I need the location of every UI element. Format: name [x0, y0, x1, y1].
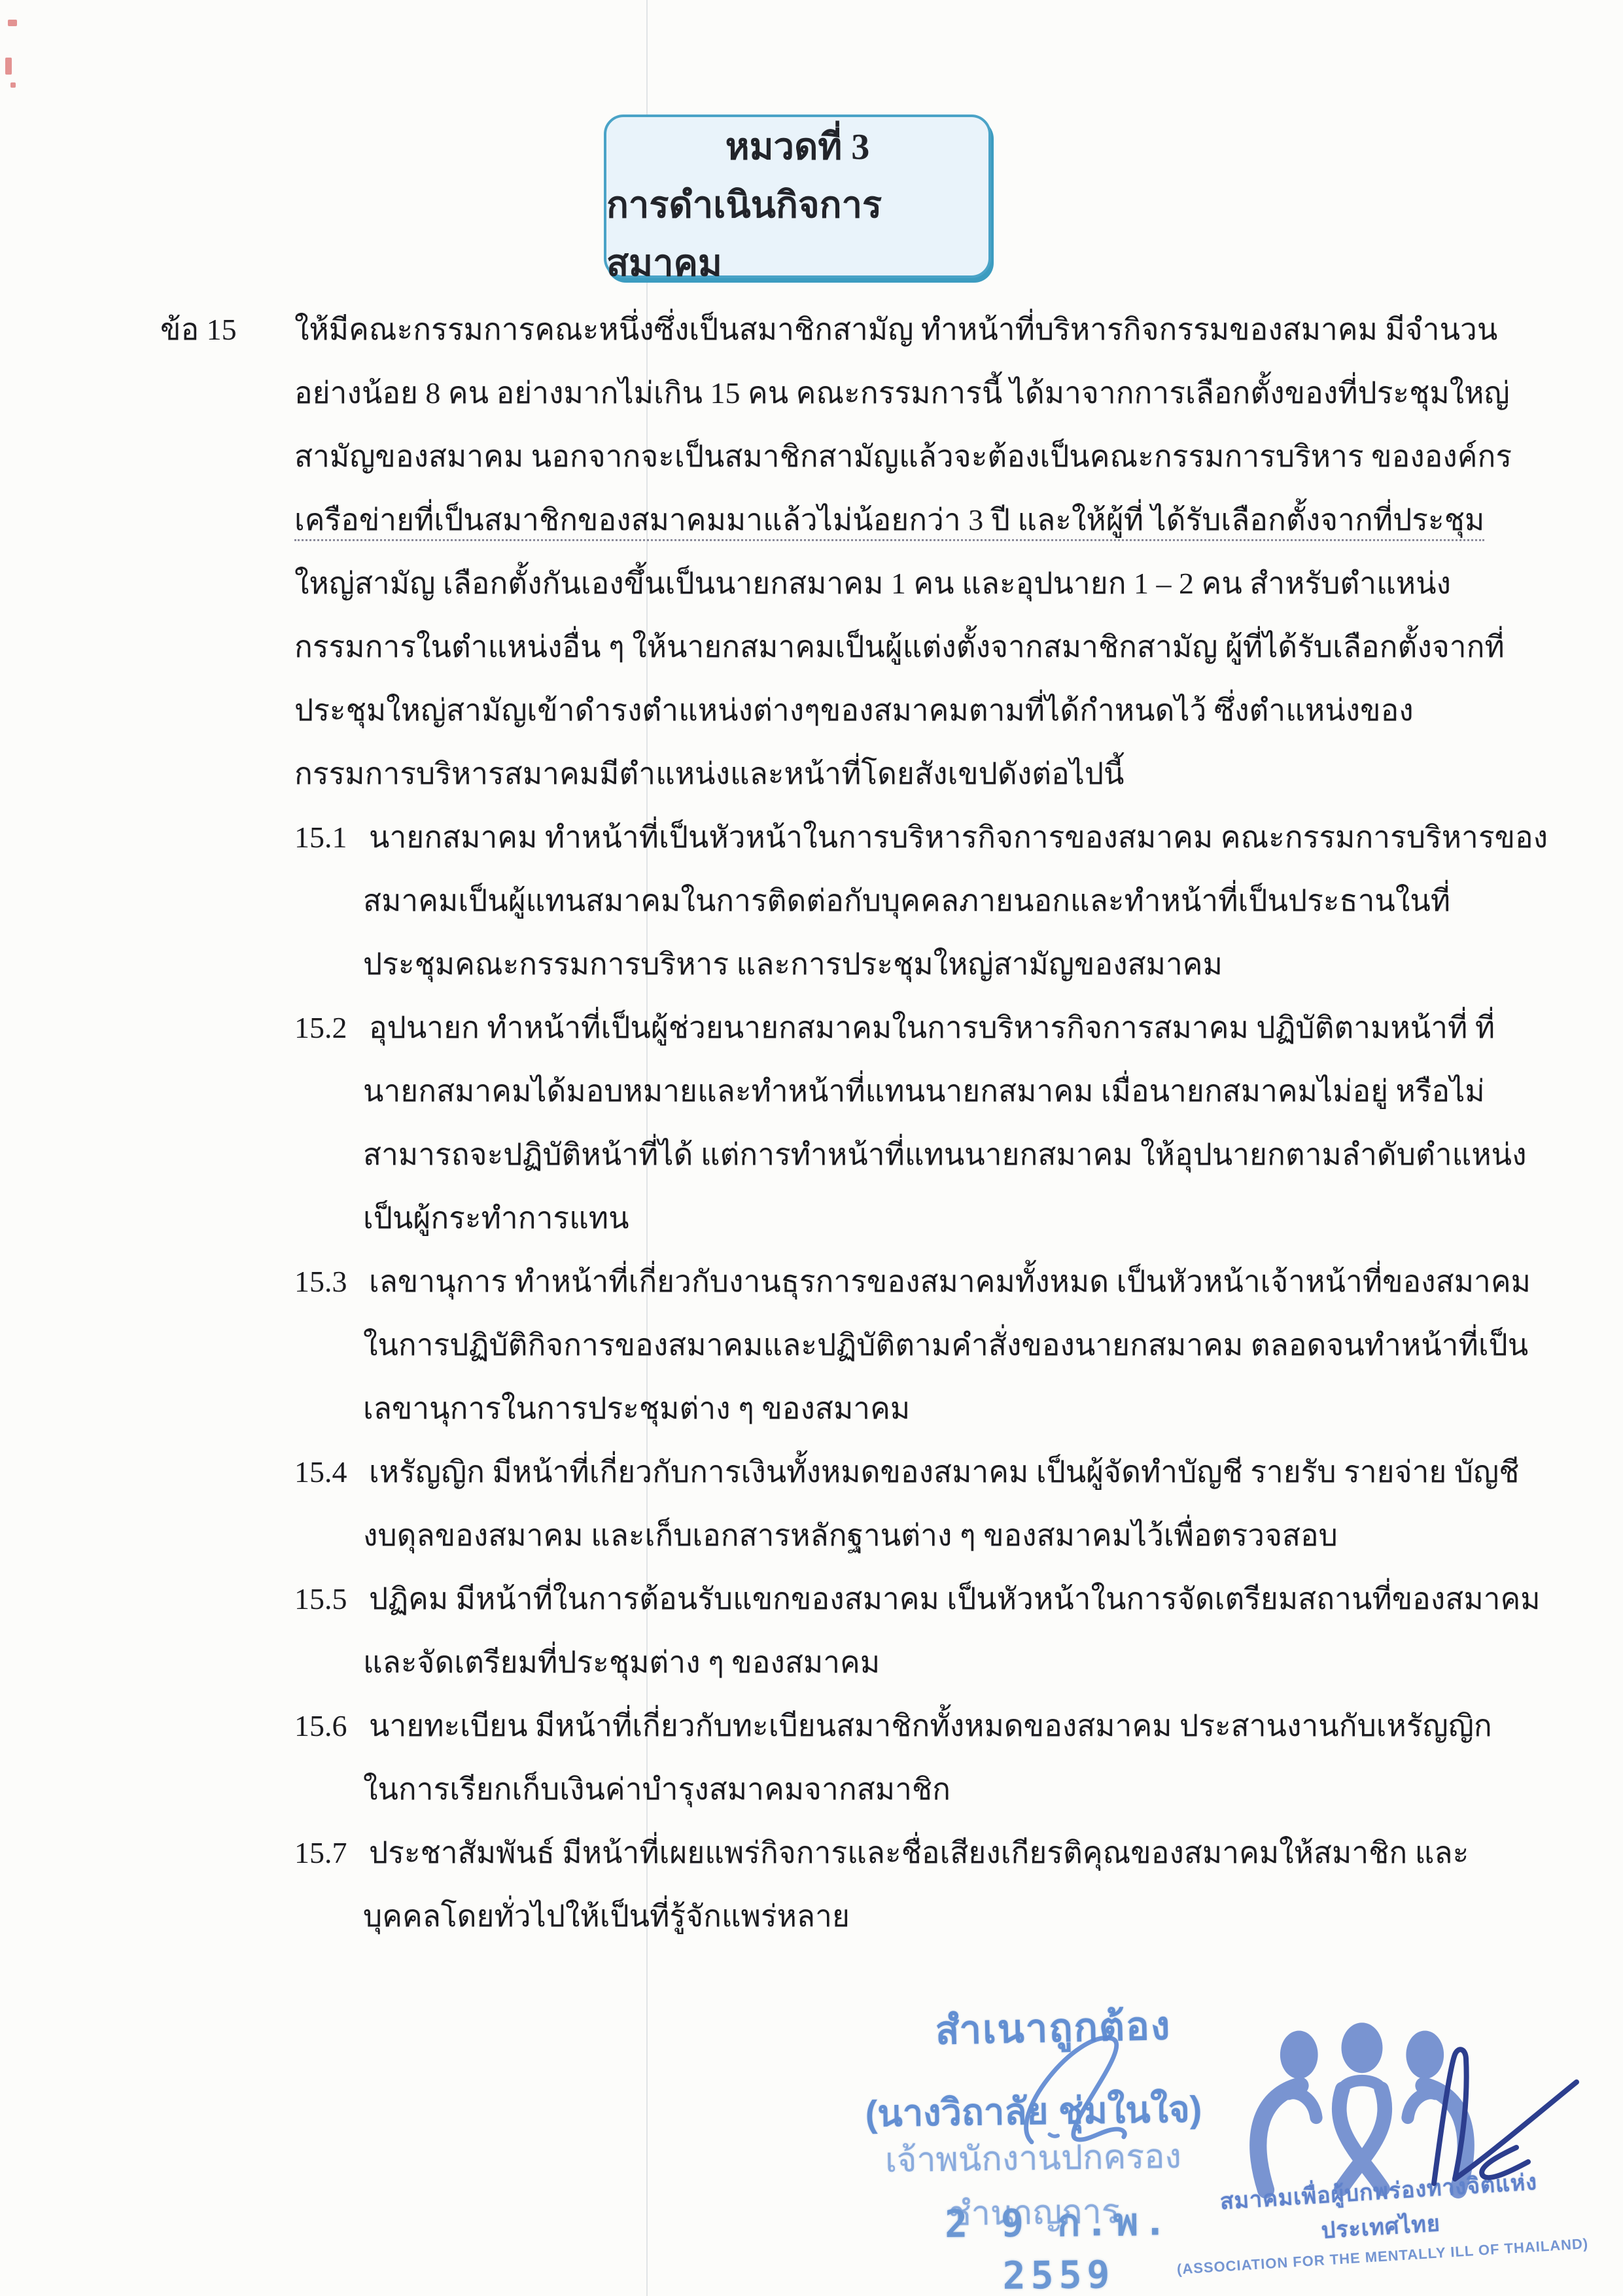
scanned-document-page: หมวดที่ 3 การดำเนินกิจการสมาคม ข้อ 15 ให… [0, 0, 1623, 2296]
text-line-underlined: เครือข่ายที่เป็นสมาชิกของสมาคมมาแล้วไม่น… [0, 488, 1623, 552]
subclause-15-2: 15.2 อุปนายก ทำหน้าที่เป็นผู้ช่วยนายกสมา… [0, 996, 1623, 1059]
text-line: อย่างน้อย 8 คน อย่างมากไม่เกิน 15 คน คณะ… [0, 361, 1623, 425]
text-line: สมาคมเป็นผู้แทนสมาคมในการติดต่อกับบุคคลภ… [0, 869, 1623, 932]
text-line: เลขานุการ ทำหน้าที่เกี่ยวกับงานธุรการของ… [369, 1265, 1531, 1298]
text-line: ในการปฏิบัติกิจการของสมาคมและปฏิบัติตามค… [0, 1313, 1623, 1377]
clause-15-line: ข้อ 15 ให้มีคณะกรรมการคณะหนึ่งซึ่งเป็นสม… [0, 298, 1623, 361]
text-line: กรรมการในตำแหน่งอื่น ๆ ให้นายกสมาคมเป็นผ… [0, 615, 1623, 679]
subclause-number: 15.4 [294, 1440, 347, 1504]
chapter-title: การดำเนินกิจการสมาคม [606, 175, 988, 292]
text-line: ประชุมคณะกรรมการบริหาร และการประชุมใหญ่ส… [0, 932, 1623, 996]
text-line: กรรมการบริหารสมาคมมีตำแหน่งและหน้าที่โดย… [0, 742, 1623, 805]
text-line: งบดุลของสมาคม และเก็บเอกสารหลักฐานต่าง ๆ… [0, 1504, 1623, 1567]
subclause-15-1: 15.1 นายกสมาคม ทำหน้าที่เป็นหัวหน้าในการ… [0, 805, 1623, 869]
chapter-header-box: หมวดที่ 3 การดำเนินกิจการสมาคม [604, 115, 991, 278]
text-line: สามัญของสมาคม นอกจากจะเป็นสมาชิกสามัญแล้… [0, 425, 1623, 488]
text-line: ประชาสัมพันธ์ มีหน้าที่เผยแพร่กิจการและช… [369, 1836, 1469, 1869]
scan-edge-artifact [8, 20, 17, 26]
subclause-number: 15.3 [294, 1250, 347, 1313]
text-line: ในการเรียกเก็บเงินค่าบำรุงสมาคมจากสมาชิก [0, 1757, 1623, 1821]
handwritten-signature [1412, 2036, 1608, 2193]
text-line: สามารถจะปฏิบัติหน้าที่ได้ แต่การทำหน้าที… [0, 1123, 1623, 1186]
text-line: เลขานุการในการประชุมต่าง ๆ ของสมาคม [0, 1377, 1623, 1440]
document-body: ข้อ 15 ให้มีคณะกรรมการคณะหนึ่งซึ่งเป็นสม… [0, 298, 1623, 1948]
subclause-number: 15.6 [294, 1694, 347, 1757]
text-line: ให้มีคณะกรรมการคณะหนึ่งซึ่งเป็นสมาชิกสาม… [294, 313, 1497, 346]
subclause-number: 15.5 [294, 1567, 347, 1631]
subclause-15-3: 15.3 เลขานุการ ทำหน้าที่เกี่ยวกับงานธุรก… [0, 1250, 1623, 1313]
text-line: ปฏิคม มีหน้าที่ในการต้อนรับแขกของสมาคม เ… [369, 1582, 1541, 1616]
chapter-number: หมวดที่ 3 [725, 117, 870, 175]
text-line: บุคคลโดยทั่วไปให้เป็นที่รู้จักแพร่หลาย [0, 1884, 1623, 1948]
text-line: เหรัญญิก มีหน้าที่เกี่ยวกับการเงินทั้งหม… [369, 1455, 1519, 1489]
text-line: อุปนายก ทำหน้าที่เป็นผู้ช่วยนายกสมาคมในก… [369, 1011, 1495, 1044]
text-line: ประชุมใหญ่สามัญเข้าดำรงตำแหน่งต่างๆของสม… [0, 679, 1623, 742]
text-line: นายกสมาคมได้มอบหมายและทำหน้าที่แทนนายกสม… [0, 1059, 1623, 1123]
text-line: นายทะเบียน มีหน้าที่เกี่ยวกับทะเบียนสมาช… [369, 1709, 1492, 1742]
scan-edge-artifact [10, 82, 16, 88]
subclause-15-4: 15.4 เหรัญญิก มีหน้าที่เกี่ยวกับการเงินท… [0, 1440, 1623, 1504]
text-line: เป็นผู้กระทำการแทน [0, 1186, 1623, 1250]
text-line: และจัดเตรียมที่ประชุมต่าง ๆ ของสมาคม [0, 1631, 1623, 1694]
scan-edge-artifact [5, 58, 12, 75]
subclause-15-7: 15.7 ประชาสัมพันธ์ มีหน้าที่เผยแพร่กิจกา… [0, 1821, 1623, 1884]
subclause-number: 15.2 [294, 996, 347, 1059]
subclause-number: 15.1 [294, 805, 347, 869]
text-line: ใหญ่สามัญ เลือกตั้งกันเองขึ้นเป็นนายกสมา… [0, 552, 1623, 615]
subclause-number: 15.7 [294, 1821, 347, 1884]
subclause-15-6: 15.6 นายทะเบียน มีหน้าที่เกี่ยวกับทะเบีย… [0, 1694, 1623, 1757]
clause-number: ข้อ 15 [160, 298, 237, 361]
text-line: นายกสมาคม ทำหน้าที่เป็นหัวหน้าในการบริหา… [369, 821, 1548, 854]
subclause-15-5: 15.5 ปฏิคม มีหน้าที่ในการต้อนรับแขกของสม… [0, 1567, 1623, 1631]
date-stamp: 2 9 ก.พ. 2559 [920, 2191, 1196, 2296]
